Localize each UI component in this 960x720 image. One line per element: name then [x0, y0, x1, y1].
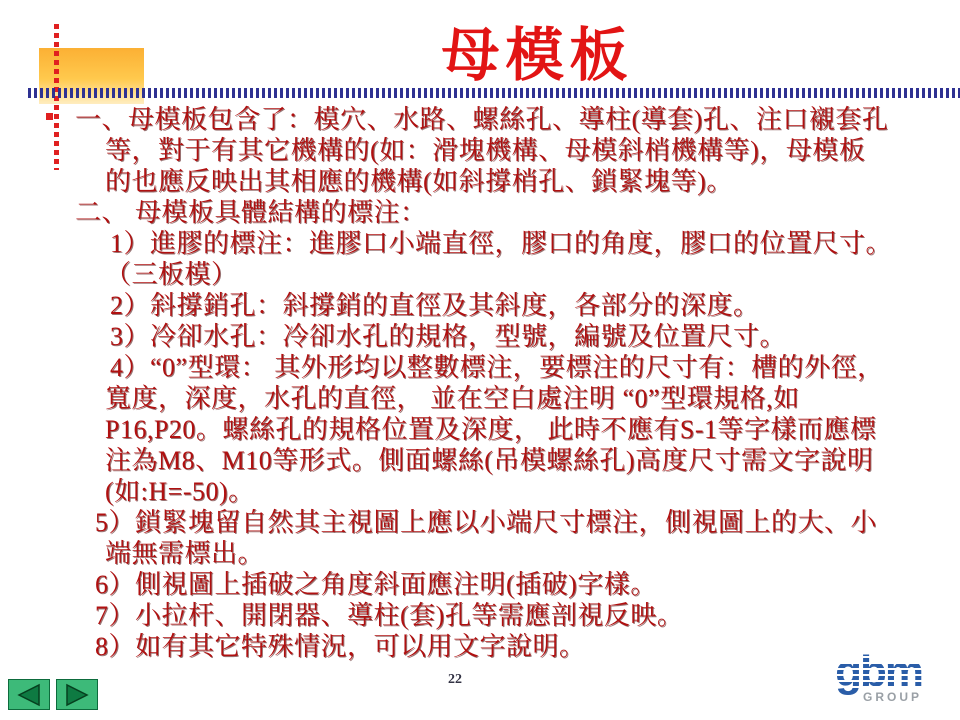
body-line: 3）冷卻水孔：冷卻水孔的規格，型號，編號及位置尺寸。: [110, 321, 925, 352]
next-slide-button[interactable]: [56, 679, 98, 710]
body-line: (如:H=-50)。: [105, 476, 925, 507]
body-line: 5）鎖緊塊留自然其主視圖上應以小端尺寸標注，側視圖上的大、小: [95, 507, 925, 538]
slide-body: 一、母模板包含了：模穴、水路、螺絲孔、導柱(導套)孔、注口襯套孔 等，對于有其它…: [45, 104, 925, 662]
body-line: 注為M8、M10等形式。側面螺絲(吊模螺絲孔)高度尺寸需文字說明: [105, 445, 925, 476]
page-title: 母模板: [115, 8, 960, 92]
body-line: 二、 母模板具體結構的標注：: [75, 197, 925, 228]
body-line: 端無需標出。: [105, 538, 925, 569]
page-number: 22: [448, 672, 462, 688]
body-line: 寬度，深度，水孔的直徑， 並在空白處注明 “0”型環規格,如: [105, 383, 925, 414]
body-line: 6）側視圖上插破之角度斜面應注明(插破)字樣。: [95, 569, 925, 600]
body-line: 等，對于有其它機構的(如：滑塊機構、母模斜梢機構等)，母模板: [105, 135, 925, 166]
body-line: 7）小拉杆、開閉器、導柱(套)孔等需應剖視反映。: [95, 600, 925, 631]
next-arrow-icon: [63, 683, 91, 707]
gbm-logo: gbm GROUP: [835, 652, 922, 704]
gbm-logo-word: gbm: [835, 652, 922, 692]
body-line: 2）斜撐銷孔：斜撐銷的直徑及其斜度，各部分的深度。: [110, 290, 925, 321]
previous-slide-button[interactable]: [8, 679, 50, 710]
body-line: 一、母模板包含了：模穴、水路、螺絲孔、導柱(導套)孔、注口襯套孔: [75, 104, 925, 135]
body-line: 8）如有其它特殊情況，可以用文字說明。: [95, 631, 925, 662]
body-line: 4）“0”型環： 其外形均以整數標注，要標注的尺寸有：槽的外徑，: [110, 352, 925, 383]
body-line: （三板模）: [105, 259, 925, 290]
body-line: 的也應反映出其相應的機構(如斜撐梢孔、鎖緊塊等)。: [105, 166, 925, 197]
body-line: P16,P20。螺絲孔的規格位置及深度， 此時不應有S-1等字樣而應標: [105, 414, 925, 445]
body-line: 1）進膠的標注：進膠口小端直徑，膠口的角度，膠口的位置尺寸。: [110, 228, 925, 259]
previous-arrow-icon: [15, 683, 43, 707]
